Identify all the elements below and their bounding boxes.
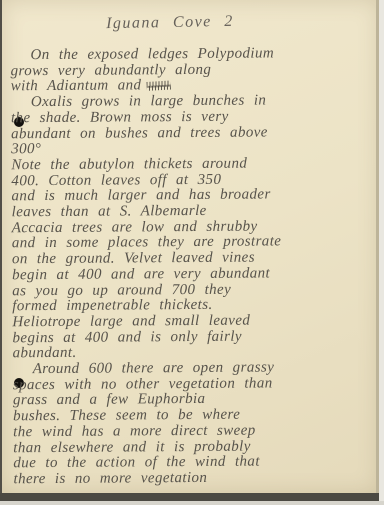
scan-edge-left — [0, 0, 2, 505]
handwriting-text: with Adiantum and — [11, 78, 142, 95]
scan-margin-right — [379, 0, 384, 505]
handwriting-body: On the exposed ledges Polypodiumgrows ve… — [10, 46, 373, 488]
handwriting-line: there is no more vegetation — [13, 470, 373, 488]
paragraph: Note the abutylon thickets around400. Co… — [11, 156, 371, 221]
paragraph: Around 600 there are open grassyspaces w… — [13, 360, 374, 488]
paragraph: Oxalis grows in large bunches inthe shad… — [11, 93, 371, 158]
paragraph: Heliotrope large and small leavedbegins … — [12, 313, 372, 363]
scan-margin-bottom — [0, 501, 384, 505]
scribbled-out-word — [146, 81, 170, 91]
paragraph: On the exposed ledges Polypodiumgrows ve… — [10, 46, 370, 96]
paper-edge-bottom — [0, 493, 379, 501]
paragraph: Accacia trees are low and shrubbyand in … — [12, 218, 373, 315]
scanned-page: Iguana Cove 2 On the exposed ledges Poly… — [0, 0, 384, 505]
